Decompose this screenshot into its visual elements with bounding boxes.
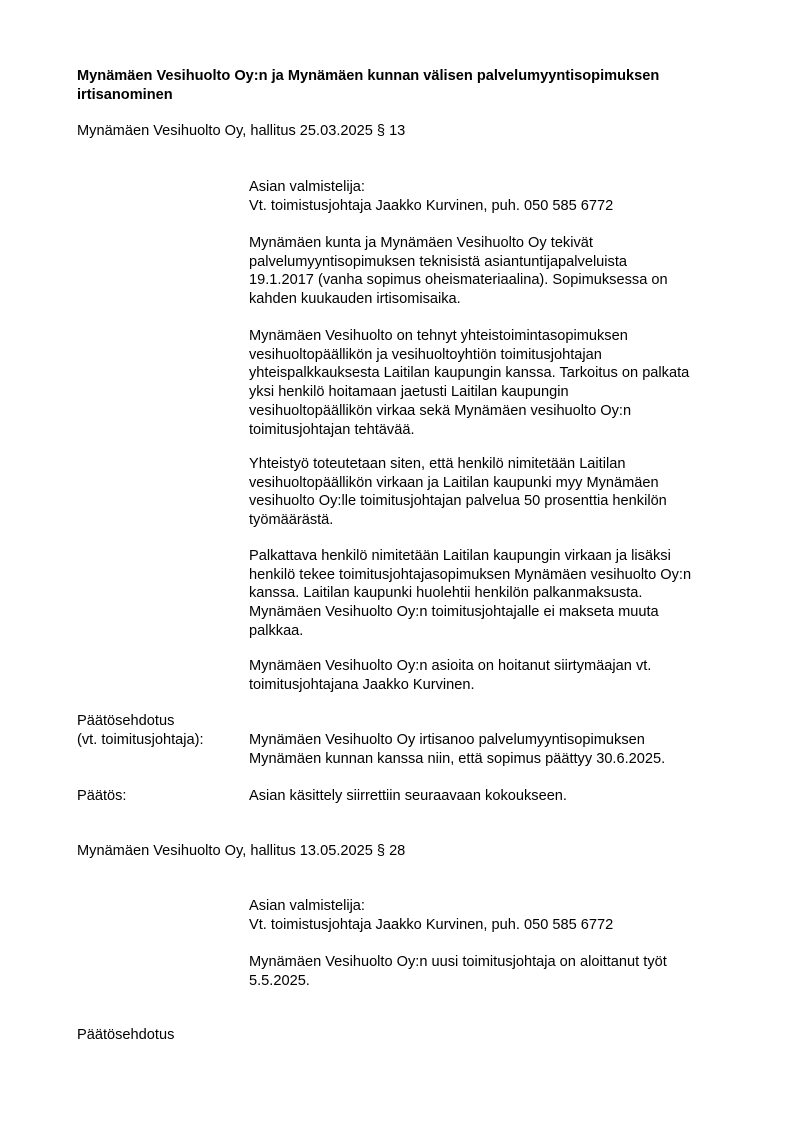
decision-text: Asian käsittely siirrettiin seuraavaan k… [249,787,749,806]
paragraph-line: kahden kuukauden irtisomisaika. [249,290,749,309]
decision-label: Päätös: [77,787,127,806]
paragraph-line: työmäärästä. [249,511,749,530]
proposal-label-line: (vt. toimitusjohtaja): [77,731,204,750]
paragraph-line: Mynämäen Vesihuolto Oy:n asioita on hoit… [249,657,749,676]
paragraph-line: henkilö tekee toimitusjohtajasopimuksen … [249,566,749,585]
paragraph-line: yhteispalkkauksesta Laitilan kaupungin k… [249,364,749,383]
proposal-line: Mynämäen kunnan kanssa niin, että sopimu… [249,750,749,769]
meeting-header: Mynämäen Vesihuolto Oy, hallitus 25.03.2… [77,122,405,141]
paragraph: Mynämäen kunta ja Mynämäen Vesihuolto Oy… [249,234,749,309]
paragraph: Mynämäen Vesihuolto on tehnyt yhteistoim… [249,327,749,439]
paragraph-line: Mynämäen Vesihuolto on tehnyt yhteistoim… [249,327,749,346]
preparer-label: Asian valmistelija: [249,178,749,197]
paragraph-line: vesihuoltopäällikön ja vesihuoltoyhtiön … [249,346,749,365]
paragraph: Palkattava henkilö nimitetään Laitilan k… [249,547,749,641]
paragraph-line: toimitusjohtajan tehtävää. [249,421,749,440]
paragraph-line: Yhteistyö toteutetaan siten, että henkil… [249,455,749,474]
paragraph-line: palvelumyyntisopimuksen teknisistä asian… [249,253,749,272]
paragraph-line: vesihuoltopäällikön virkaan ja Laitilan … [249,474,749,493]
document-title: Mynämäen Vesihuolto Oy:n ja Mynämäen kun… [77,67,757,104]
paragraph-line: palkkaa. [249,622,749,641]
proposal-text: Mynämäen Vesihuolto Oy irtisanoo palvelu… [249,731,749,768]
paragraph-line: 5.5.2025. [249,972,749,991]
proposal-label: Päätösehdotus (vt. toimitusjohtaja): [77,712,204,749]
paragraph-line: Palkattava henkilö nimitetään Laitilan k… [249,547,749,566]
meeting-header: Mynämäen Vesihuolto Oy, hallitus 13.05.2… [77,842,405,861]
preparer-block: Asian valmistelija: Vt. toimistusjohtaja… [249,178,749,215]
preparer-name: Vt. toimistusjohtaja Jaakko Kurvinen, pu… [249,197,749,216]
proposal-line: Mynämäen Vesihuolto Oy irtisanoo palvelu… [249,731,749,750]
preparer-label: Asian valmistelija: [249,897,749,916]
paragraph: Mynämäen Vesihuolto Oy:n uusi toimitusjo… [249,953,749,990]
paragraph-line: vesihuolto Oy:lle toimitusjohtajan palve… [249,492,749,511]
proposal-label: Päätösehdotus [77,1026,174,1045]
paragraph: Yhteistyö toteutetaan siten, että henkil… [249,455,749,530]
preparer-block: Asian valmistelija: Vt. toimistusjohtaja… [249,897,749,934]
paragraph-line: toimitusjohtajana Jaakko Kurvinen. [249,676,749,695]
paragraph-line: 19.1.2017 (vanha sopimus oheismateriaali… [249,271,749,290]
paragraph-line: yksi henkilö hoitamaan jaetusti Laitilan… [249,383,749,402]
paragraph: Mynämäen Vesihuolto Oy:n asioita on hoit… [249,657,749,694]
preparer-name: Vt. toimistusjohtaja Jaakko Kurvinen, pu… [249,916,749,935]
proposal-label-line: Päätösehdotus [77,712,204,731]
document-page: Mynämäen Vesihuolto Oy:n ja Mynämäen kun… [0,0,794,1122]
paragraph-line: Mynämäen Vesihuolto Oy:n toimitusjohtaja… [249,603,749,622]
paragraph-line: vesihuoltopäällikön virkaa sekä Mynämäen… [249,402,749,421]
paragraph-line: kanssa. Laitilan kaupunki huolehtii henk… [249,584,749,603]
paragraph-line: Mynämäen kunta ja Mynämäen Vesihuolto Oy… [249,234,749,253]
paragraph-line: Mynämäen Vesihuolto Oy:n uusi toimitusjo… [249,953,749,972]
